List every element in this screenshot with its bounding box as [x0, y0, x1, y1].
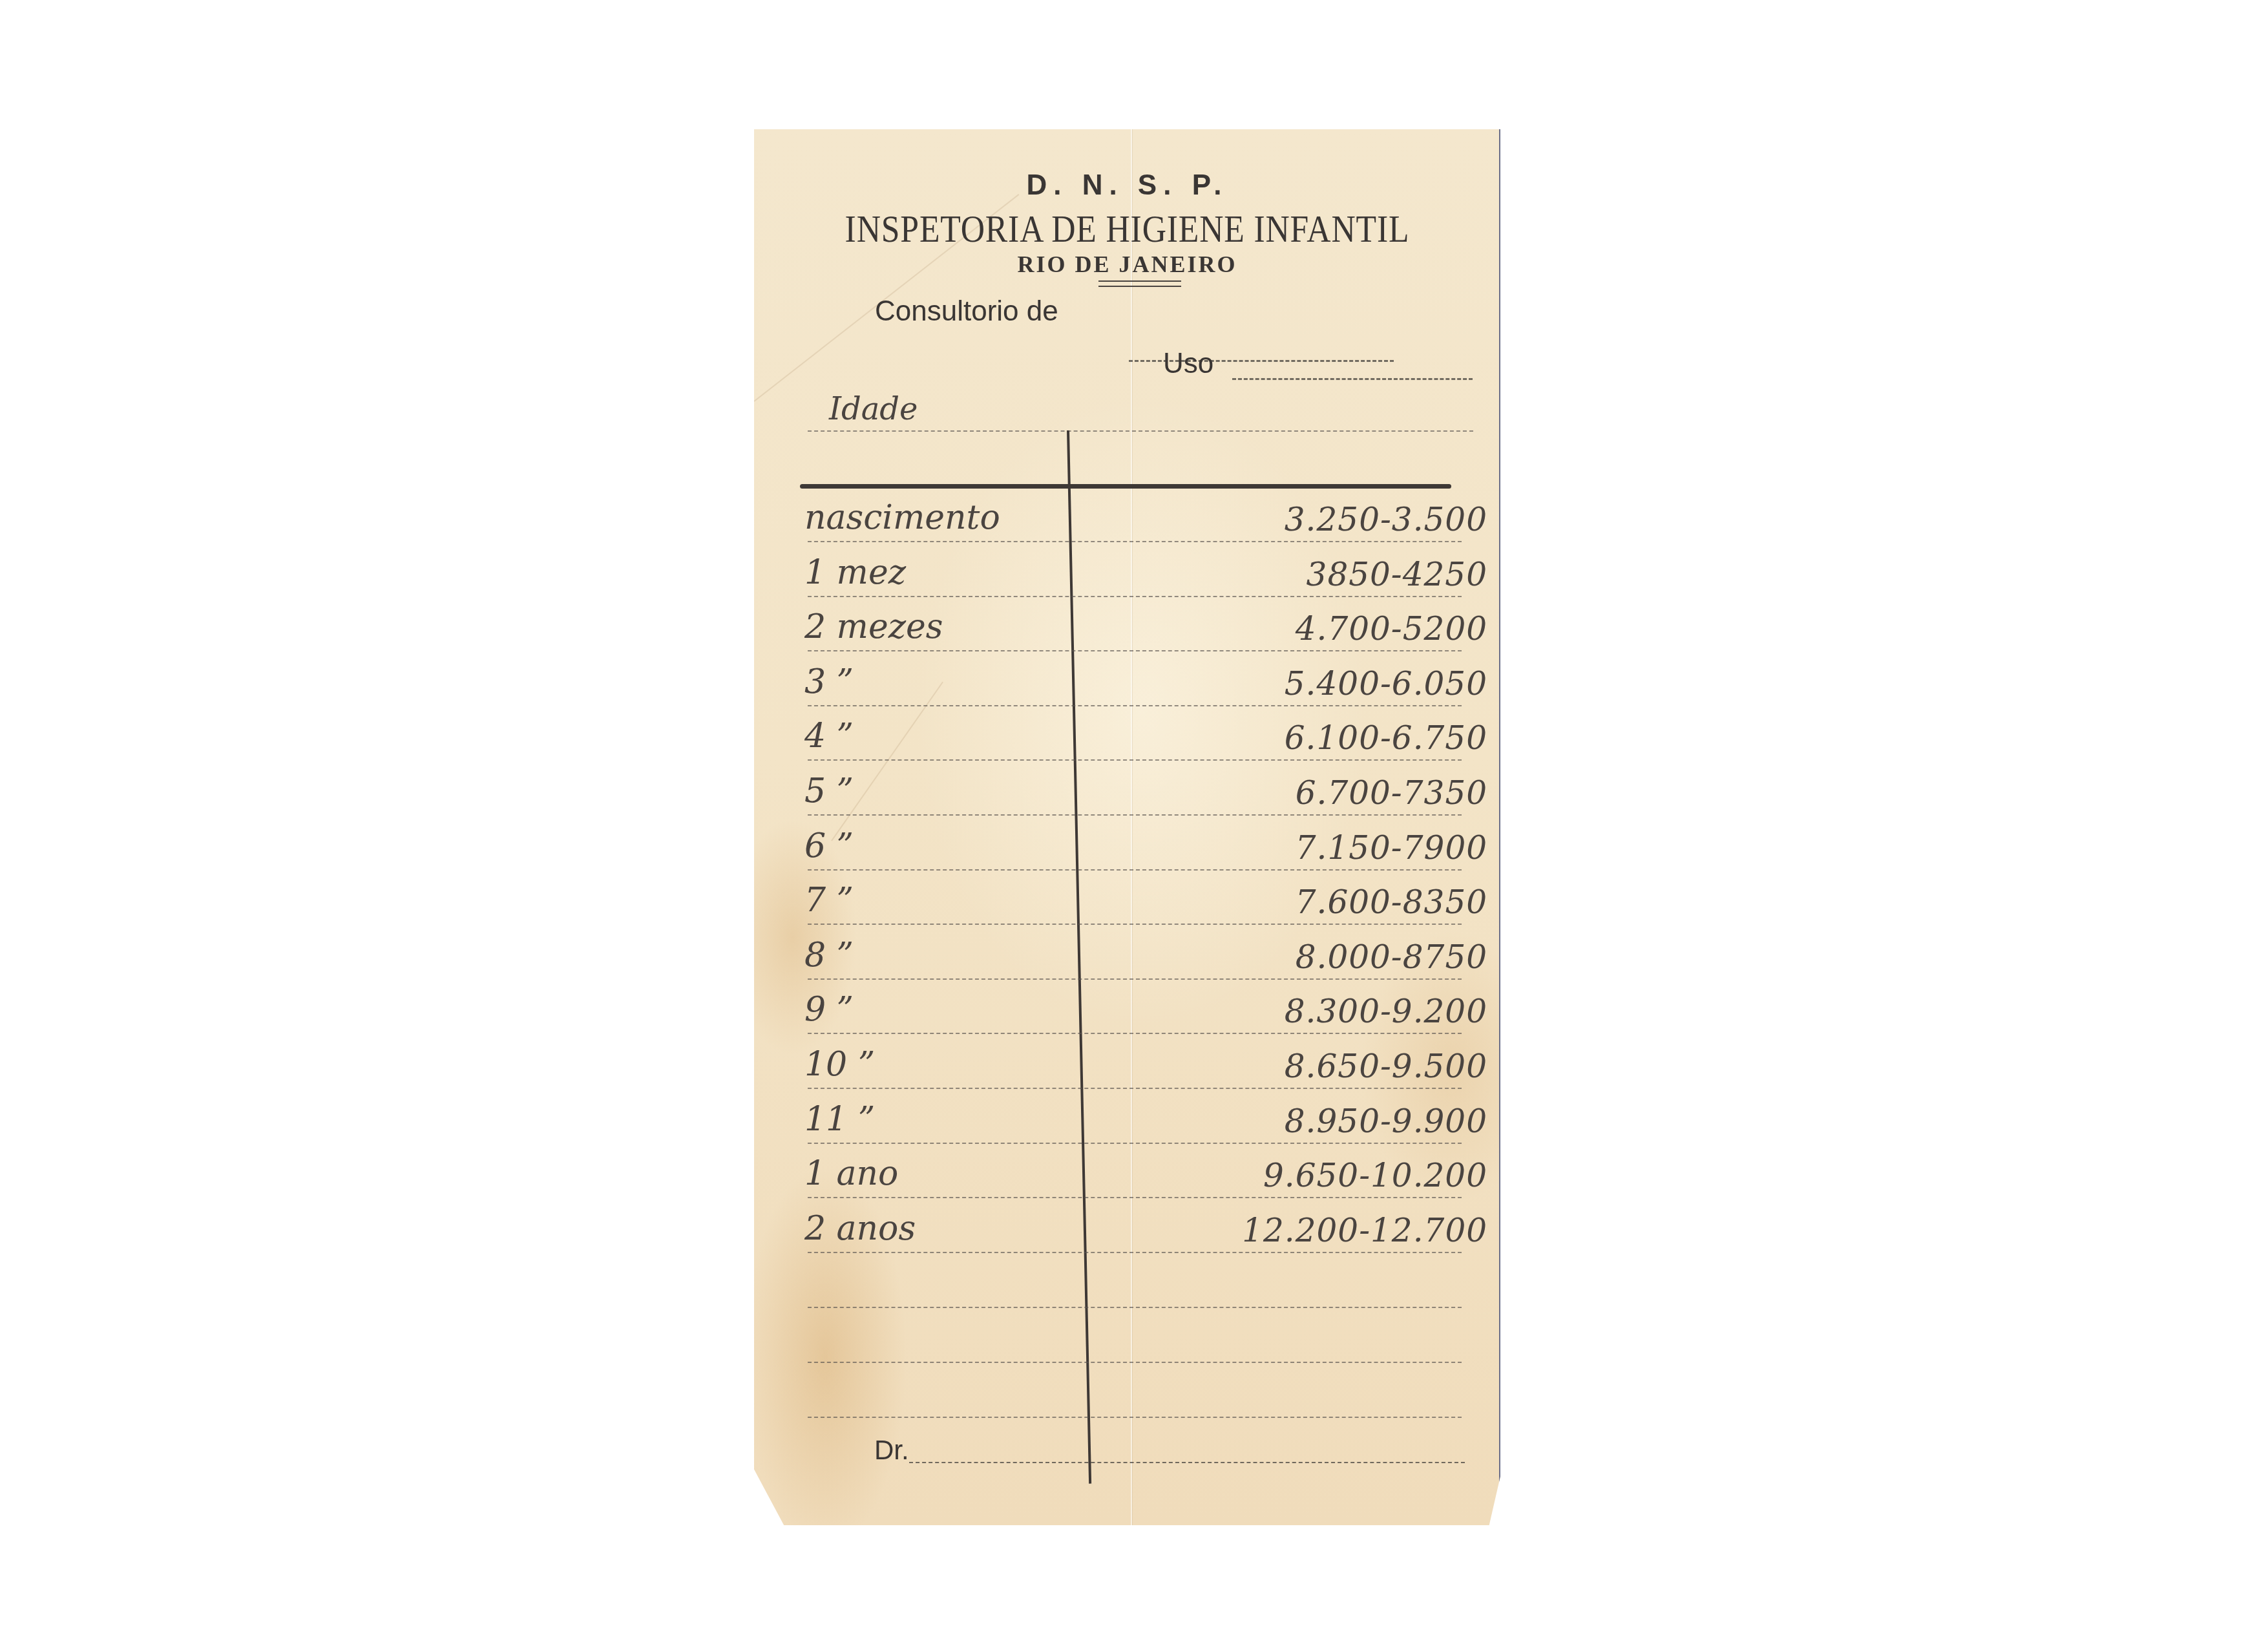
doctor-label: Dr.	[874, 1435, 909, 1466]
form-sheet: D. N. S. P. INSPETORIA DE HIGIENE INFANT…	[754, 129, 1500, 1525]
table-column-divider	[1067, 430, 1091, 1484]
row-line	[808, 814, 1462, 816]
blank-line	[808, 1362, 1462, 1363]
weight-range-cell: 9.650-10.200	[1263, 1157, 1487, 1194]
age-cell: 5 ”	[804, 772, 854, 810]
paper-fold	[1131, 129, 1132, 1525]
age-cell: 2 anos	[804, 1209, 916, 1248]
row-line	[808, 1033, 1462, 1034]
title-rule	[1098, 280, 1181, 282]
form-title: INSPETORIA DE HIGIENE INFANTIL	[806, 207, 1448, 251]
weight-range-cell: 4.700-5200	[1296, 610, 1487, 648]
row-line	[808, 650, 1462, 651]
age-cell: 1 ano	[804, 1154, 898, 1193]
blank-line	[808, 1307, 1462, 1308]
consultorio-label: Consultorio de	[875, 295, 1058, 328]
idade-label: Idade	[829, 391, 918, 427]
weight-range-cell: 7.150-7900	[1296, 829, 1487, 867]
row-line	[808, 978, 1462, 980]
age-cell: 1 mez	[804, 553, 906, 592]
city-heading: RIO DE JANEIRO	[754, 251, 1500, 278]
uso-label: Uso	[1163, 348, 1213, 380]
weight-range-cell: 8.000-8750	[1296, 938, 1487, 976]
row-line	[808, 1197, 1462, 1198]
age-cell: 10 ”	[804, 1045, 875, 1084]
age-cell: 6 ”	[804, 827, 854, 865]
weight-range-cell: 3.250-3.500	[1285, 501, 1487, 538]
row-line	[808, 1252, 1462, 1253]
uso-field[interactable]	[1232, 378, 1473, 380]
blank-line	[808, 1417, 1462, 1418]
age-cell: 9 ”	[804, 990, 854, 1029]
weight-range-cell: 6.100-6.750	[1285, 719, 1487, 757]
weight-range-cell: 8.950-9.900	[1285, 1103, 1487, 1140]
weight-range-cell: 12.200-12.700	[1242, 1212, 1487, 1249]
age-cell: 8 ”	[804, 936, 854, 975]
table-header-rule	[800, 484, 1451, 489]
weight-range-cell: 8.650-9.500	[1285, 1048, 1487, 1085]
age-cell: 4 ”	[804, 717, 854, 755]
row-line	[808, 869, 1462, 871]
weight-range-cell: 6.700-7350	[1296, 774, 1487, 812]
age-cell: 11 ”	[804, 1100, 875, 1139]
weight-range-cell: 5.400-6.050	[1285, 665, 1487, 703]
weight-range-cell: 8.300-9.200	[1285, 993, 1487, 1030]
age-cell: nascimento	[804, 498, 1000, 537]
title-rule	[1098, 286, 1181, 287]
age-cell: 7 ”	[804, 881, 854, 920]
row-line	[808, 924, 1462, 925]
row-line	[808, 705, 1462, 706]
weight-range-cell: 3850-4250	[1307, 556, 1487, 593]
row-line	[808, 1088, 1462, 1089]
agency-heading: D. N. S. P.	[754, 169, 1500, 202]
row-line	[808, 596, 1462, 597]
weight-range-cell: 7.600-8350	[1296, 883, 1487, 921]
age-cell: 3 ”	[804, 662, 854, 701]
row-line	[808, 759, 1462, 761]
row-line	[808, 1143, 1462, 1144]
doctor-signature-field[interactable]	[909, 1462, 1465, 1463]
idade-line	[808, 430, 1473, 432]
row-line	[808, 541, 1462, 542]
age-cell: 2 mezes	[804, 607, 943, 646]
